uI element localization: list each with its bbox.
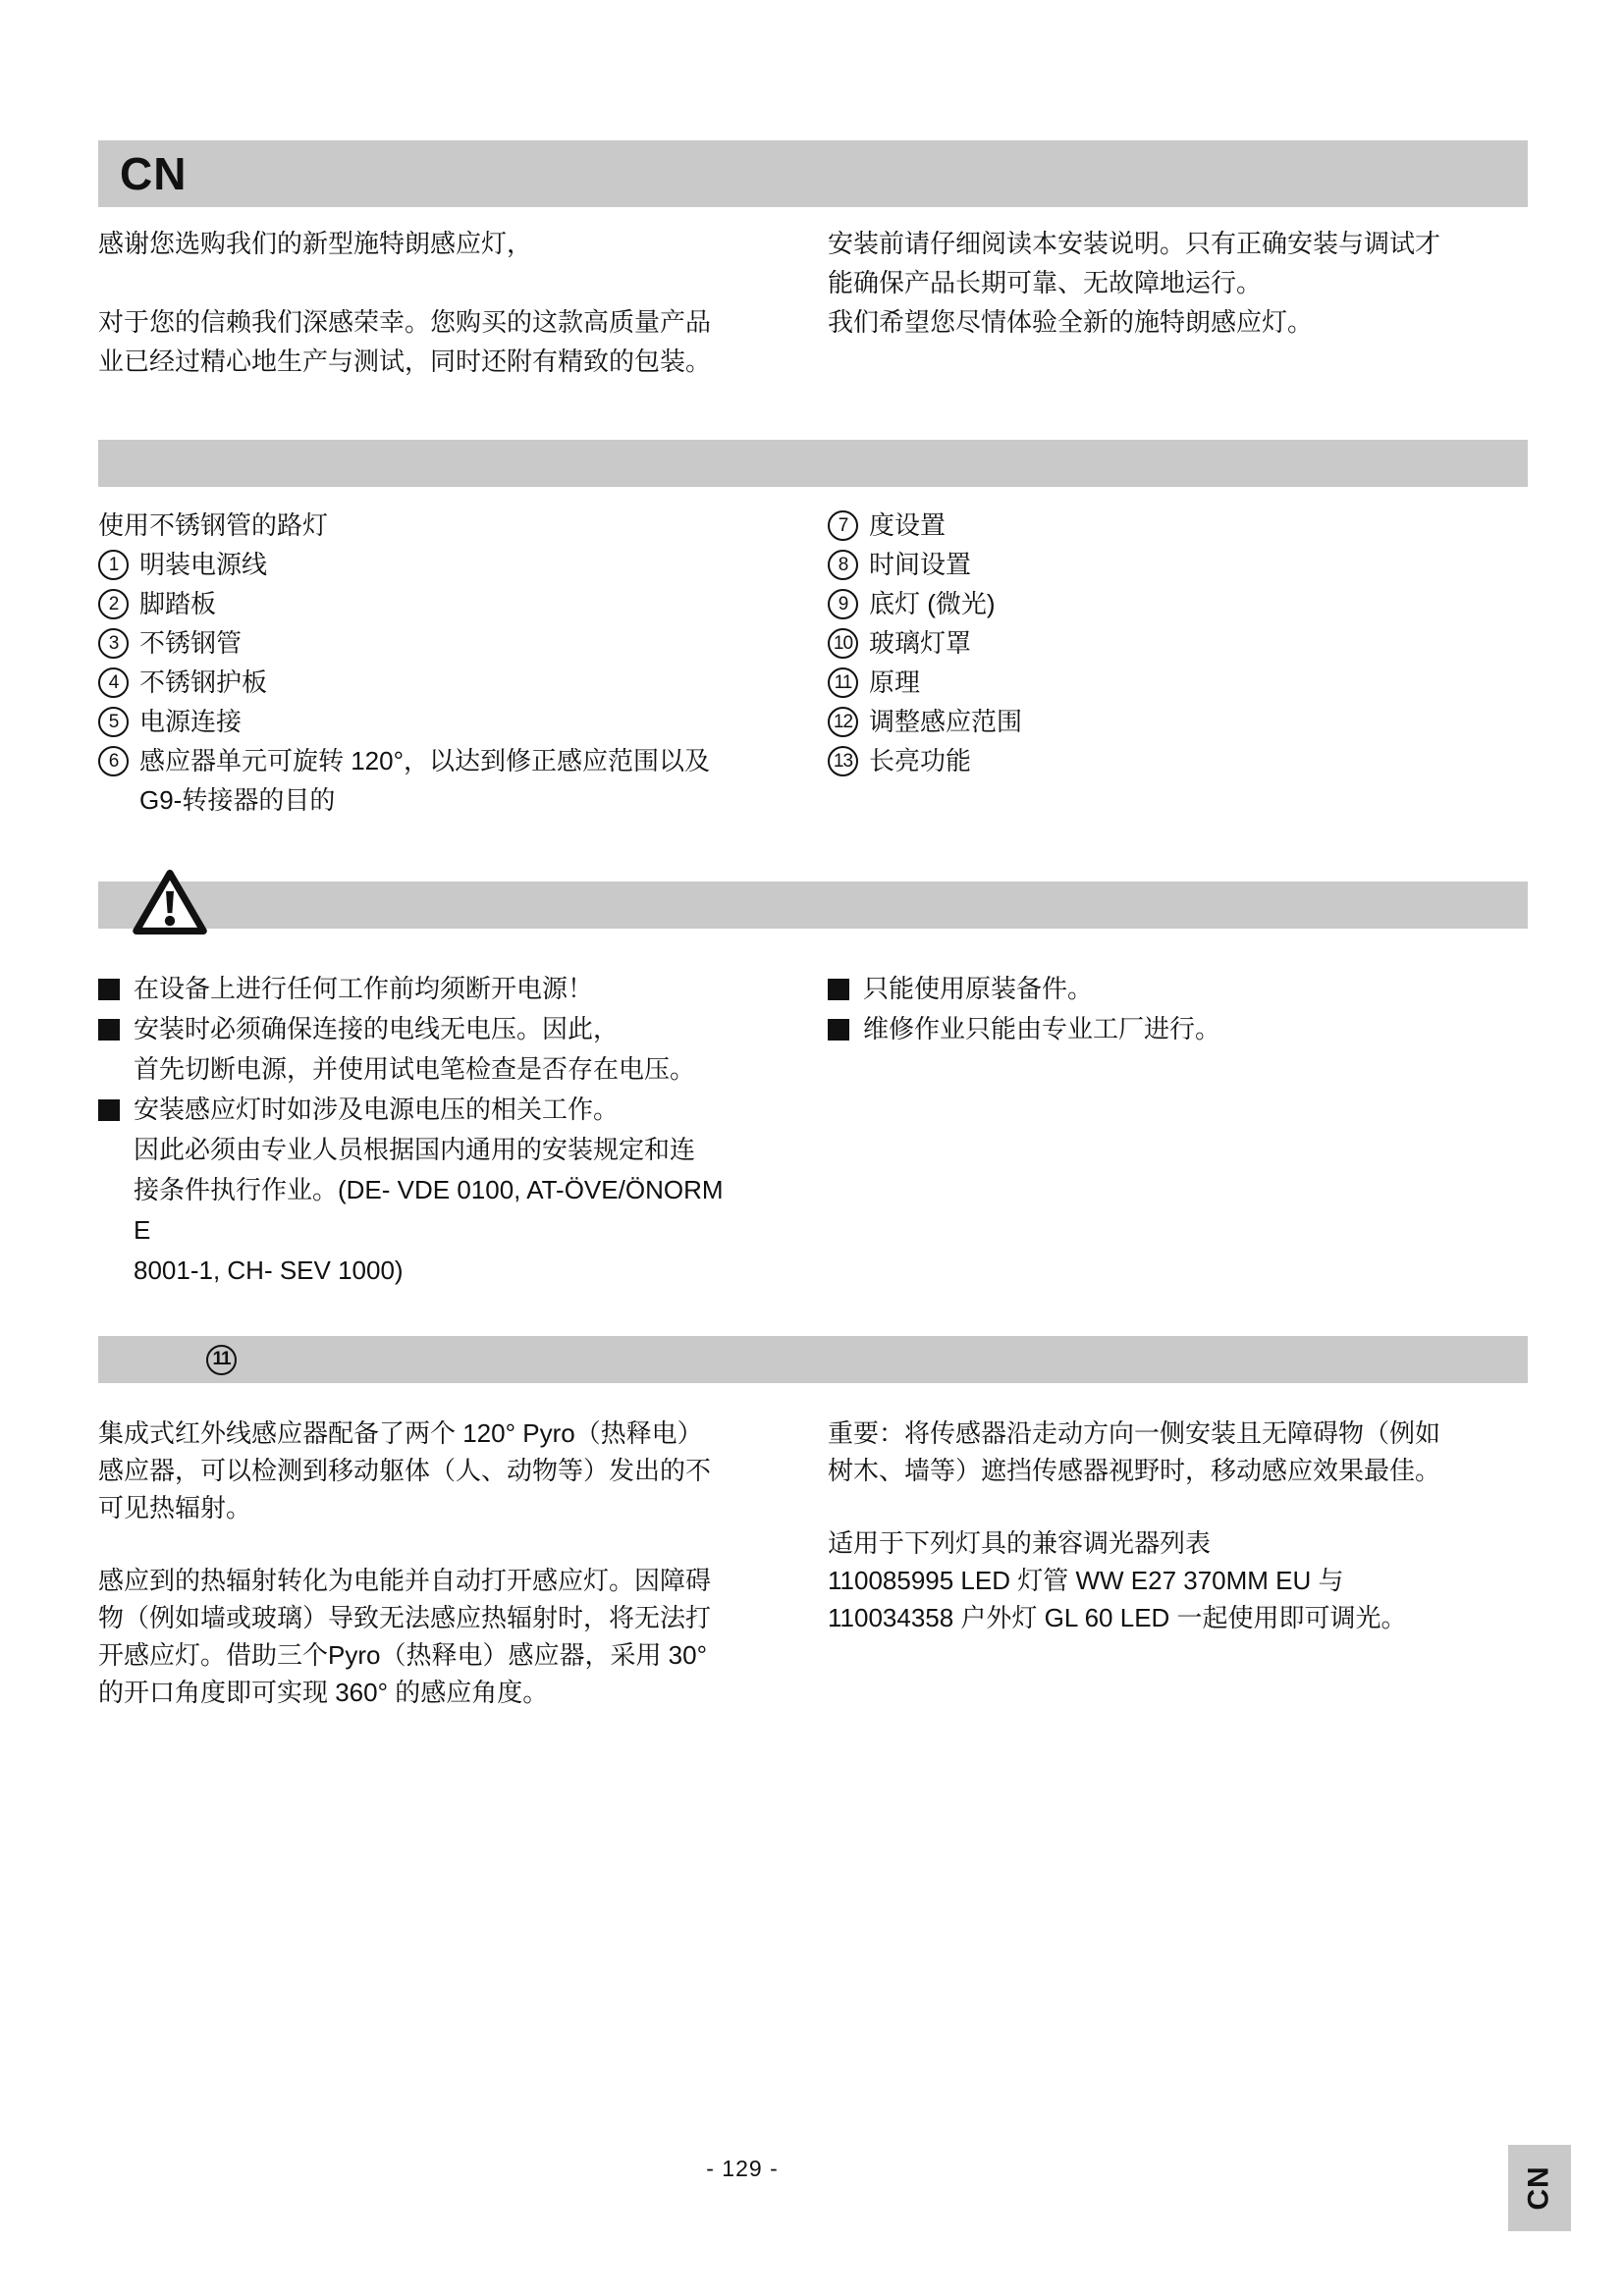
circled-number-icon: 9 — [828, 589, 858, 619]
item-label: 长亮功能 — [869, 741, 971, 780]
language-header-bar: CN — [98, 140, 1528, 207]
language-side-tab: CN — [1508, 2145, 1571, 2231]
warning-text: 维修作业只能由专业工厂进行。 — [863, 1009, 1220, 1049]
item-label: 玻璃灯罩 — [869, 623, 971, 663]
circled-number-icon: 4 — [98, 667, 129, 698]
item-number: 11 — [835, 672, 852, 694]
intro-right-column: 安装前请仔细阅读本安装说明。只有正确安装与调试才 能确保产品长期可靠、无故障地运… — [828, 224, 1528, 342]
list-item: 5 电源连接 — [98, 702, 746, 741]
item-label: 明装电源线 — [139, 545, 267, 584]
warning-text: 在设备上进行任何工作前均须断开电源！ — [134, 969, 593, 1009]
principle-paragraph: 重要：将传感器沿走动方向一侧安装且无障碍物（例如 树木、墙等）遮挡传感器视野时，… — [828, 1415, 1528, 1489]
item-number: 6 — [109, 751, 119, 773]
item-label: 度设置 — [869, 506, 946, 545]
list-item: 7 度设置 — [828, 506, 1528, 545]
list-item: 1 明装电源线 — [98, 545, 746, 584]
parts-right-column: 7 度设置 8 时间设置 9 底灯 (微光) 10 玻璃灯罩 11 原理 12 … — [828, 506, 1528, 780]
warning-text: 只能使用原装备件。 — [863, 969, 1093, 1009]
list-item: 4 不锈钢护板 — [98, 663, 746, 702]
circled-number-icon: 12 — [828, 707, 858, 737]
circled-number-icon: 7 — [828, 510, 858, 541]
list-item: 6 感应器单元可旋转 120°，以达到修正感应范围以及 G9-转接器的目的 — [98, 741, 746, 820]
parts-list-title: 使用不锈钢管的路灯 — [98, 506, 746, 545]
list-item: 9 底灯 (微光) — [828, 584, 1528, 623]
page-number: - 129 - — [0, 2156, 1485, 2182]
circled-number-icon: 1 — [98, 550, 129, 580]
warnings-section: 在设备上进行任何工作前均须断开电源！ 安装时必须确保连接的电线无电压。因此， 首… — [98, 969, 1528, 1291]
intro-left-column: 感谢您选购我们的新型施特朗感应灯， 对于您的信赖我们深感荣幸。您购买的这款高质量… — [98, 224, 746, 381]
item-number: 1 — [109, 555, 119, 576]
parts-left-column: 使用不锈钢管的路灯 1 明装电源线 2 脚踏板 3 不锈钢管 4 不锈钢护板 5… — [98, 506, 746, 820]
circled-number-icon: 2 — [98, 589, 129, 619]
circled-number-icon: 8 — [828, 550, 858, 580]
warning-section-bar — [98, 868, 1528, 933]
list-item: 13 长亮功能 — [828, 741, 1528, 780]
circled-number-icon: 10 — [828, 628, 858, 659]
warning-item: 在设备上进行任何工作前均须断开电源！ — [98, 969, 746, 1009]
item-number: 7 — [839, 515, 848, 537]
item-label: 原理 — [869, 663, 920, 702]
list-item: 10 玻璃灯罩 — [828, 623, 1528, 663]
list-item: 8 时间设置 — [828, 545, 1528, 584]
principle-paragraph: 集成式红外线感应器配备了两个 120° Pyro（热释电） 感应器，可以检测到移… — [98, 1415, 746, 1526]
principle-left-column: 集成式红外线感应器配备了两个 120° Pyro（热释电） 感应器，可以检测到移… — [98, 1415, 746, 1746]
list-item: 3 不锈钢管 — [98, 623, 746, 663]
item-label: 电源连接 — [139, 702, 242, 741]
principle-section-bar: 11 — [98, 1336, 1528, 1383]
warning-item: 安装时必须确保连接的电线无电压。因此， 首先切断电源，并使用试电笔检查是否存在电… — [98, 1009, 746, 1090]
warnings-left-column: 在设备上进行任何工作前均须断开电源！ 安装时必须确保连接的电线无电压。因此， 首… — [98, 969, 746, 1291]
intro-paragraph: 安装前请仔细阅读本安装说明。只有正确安装与调试才 能确保产品长期可靠、无故障地运… — [828, 224, 1528, 342]
side-tab-label: CN — [1523, 2165, 1556, 2210]
list-item: 11 原理 — [828, 663, 1528, 702]
warning-text: 安装时必须确保连接的电线无电压。因此， 首先切断电源，并使用试电笔检查是否存在电… — [134, 1009, 695, 1090]
list-item: 12 调整感应范围 — [828, 702, 1528, 741]
item-number: 9 — [839, 594, 848, 615]
circled-number-icon: 11 — [828, 667, 858, 698]
warning-item: 安装感应灯时如涉及电源电压的相关工作。 因此必须由专业人员根据国内通用的安装规定… — [98, 1090, 746, 1291]
item-label: 底灯 (微光) — [869, 584, 996, 623]
list-item: 2 脚踏板 — [98, 584, 746, 623]
section-number: 11 — [212, 1349, 230, 1370]
item-label: 时间设置 — [869, 545, 971, 584]
circled-number-icon: 13 — [828, 746, 858, 776]
square-bullet-icon — [828, 979, 849, 1000]
principle-paragraph: 适用于下列灯具的兼容调光器列表 110085995 LED 灯管 WW E27 … — [828, 1524, 1528, 1636]
square-bullet-icon — [98, 1019, 120, 1041]
item-number: 12 — [834, 712, 852, 733]
circled-number-icon: 6 — [98, 746, 129, 776]
parts-section-bar — [98, 440, 1528, 487]
intro-section: 感谢您选购我们的新型施特朗感应灯， 对于您的信赖我们深感荣幸。您购买的这款高质量… — [98, 224, 1528, 381]
warning-bar — [98, 881, 1528, 929]
square-bullet-icon — [98, 979, 120, 1000]
square-bullet-icon — [828, 1019, 849, 1041]
item-label: 不锈钢护板 — [139, 663, 267, 702]
item-number: 4 — [109, 672, 119, 694]
language-code-label: CN — [120, 147, 187, 200]
circled-number-icon: 3 — [98, 628, 129, 659]
principle-paragraph: 感应到的热辐射转化为电能并自动打开感应灯。因障碍 物（例如墙或玻璃）导致无法感应… — [98, 1562, 746, 1711]
circled-number-icon: 5 — [98, 707, 129, 737]
warning-item: 维修作业只能由专业工厂进行。 — [828, 1009, 1528, 1049]
square-bullet-icon — [98, 1099, 120, 1121]
warning-text: 安装感应灯时如涉及电源电压的相关工作。 因此必须由专业人员根据国内通用的安装规定… — [134, 1090, 746, 1291]
item-number: 5 — [109, 712, 119, 733]
item-label: 脚踏板 — [139, 584, 216, 623]
warning-triangle-icon — [131, 868, 209, 936]
principle-right-column: 重要：将传感器沿走动方向一侧安装且无障碍物（例如 树木、墙等）遮挡传感器视野时，… — [828, 1415, 1528, 1672]
principle-section: 集成式红外线感应器配备了两个 120° Pyro（热释电） 感应器，可以检测到移… — [98, 1415, 1528, 1746]
item-number: 13 — [834, 751, 852, 773]
intro-paragraph: 对于您的信赖我们深感荣幸。您购买的这款高质量产品 业已经过精心地生产与测试，同时… — [98, 302, 746, 381]
warning-item: 只能使用原装备件。 — [828, 969, 1528, 1009]
item-number: 3 — [109, 633, 119, 655]
parts-section: 使用不锈钢管的路灯 1 明装电源线 2 脚踏板 3 不锈钢管 4 不锈钢护板 5… — [98, 506, 1528, 820]
page-content: CN 感谢您选购我们的新型施特朗感应灯， 对于您的信赖我们深感荣幸。您购买的这款… — [98, 0, 1528, 1746]
item-number: 10 — [834, 633, 852, 655]
circled-number-icon: 11 — [206, 1345, 237, 1375]
item-number: 2 — [109, 594, 119, 615]
item-label: 调整感应范围 — [869, 702, 1022, 741]
warnings-right-column: 只能使用原装备件。 维修作业只能由专业工厂进行。 — [828, 969, 1528, 1049]
intro-paragraph: 感谢您选购我们的新型施特朗感应灯， — [98, 224, 746, 263]
item-label: 感应器单元可旋转 120°，以达到修正感应范围以及 G9-转接器的目的 — [139, 741, 710, 820]
item-number: 8 — [839, 555, 848, 576]
item-label: 不锈钢管 — [139, 623, 242, 663]
